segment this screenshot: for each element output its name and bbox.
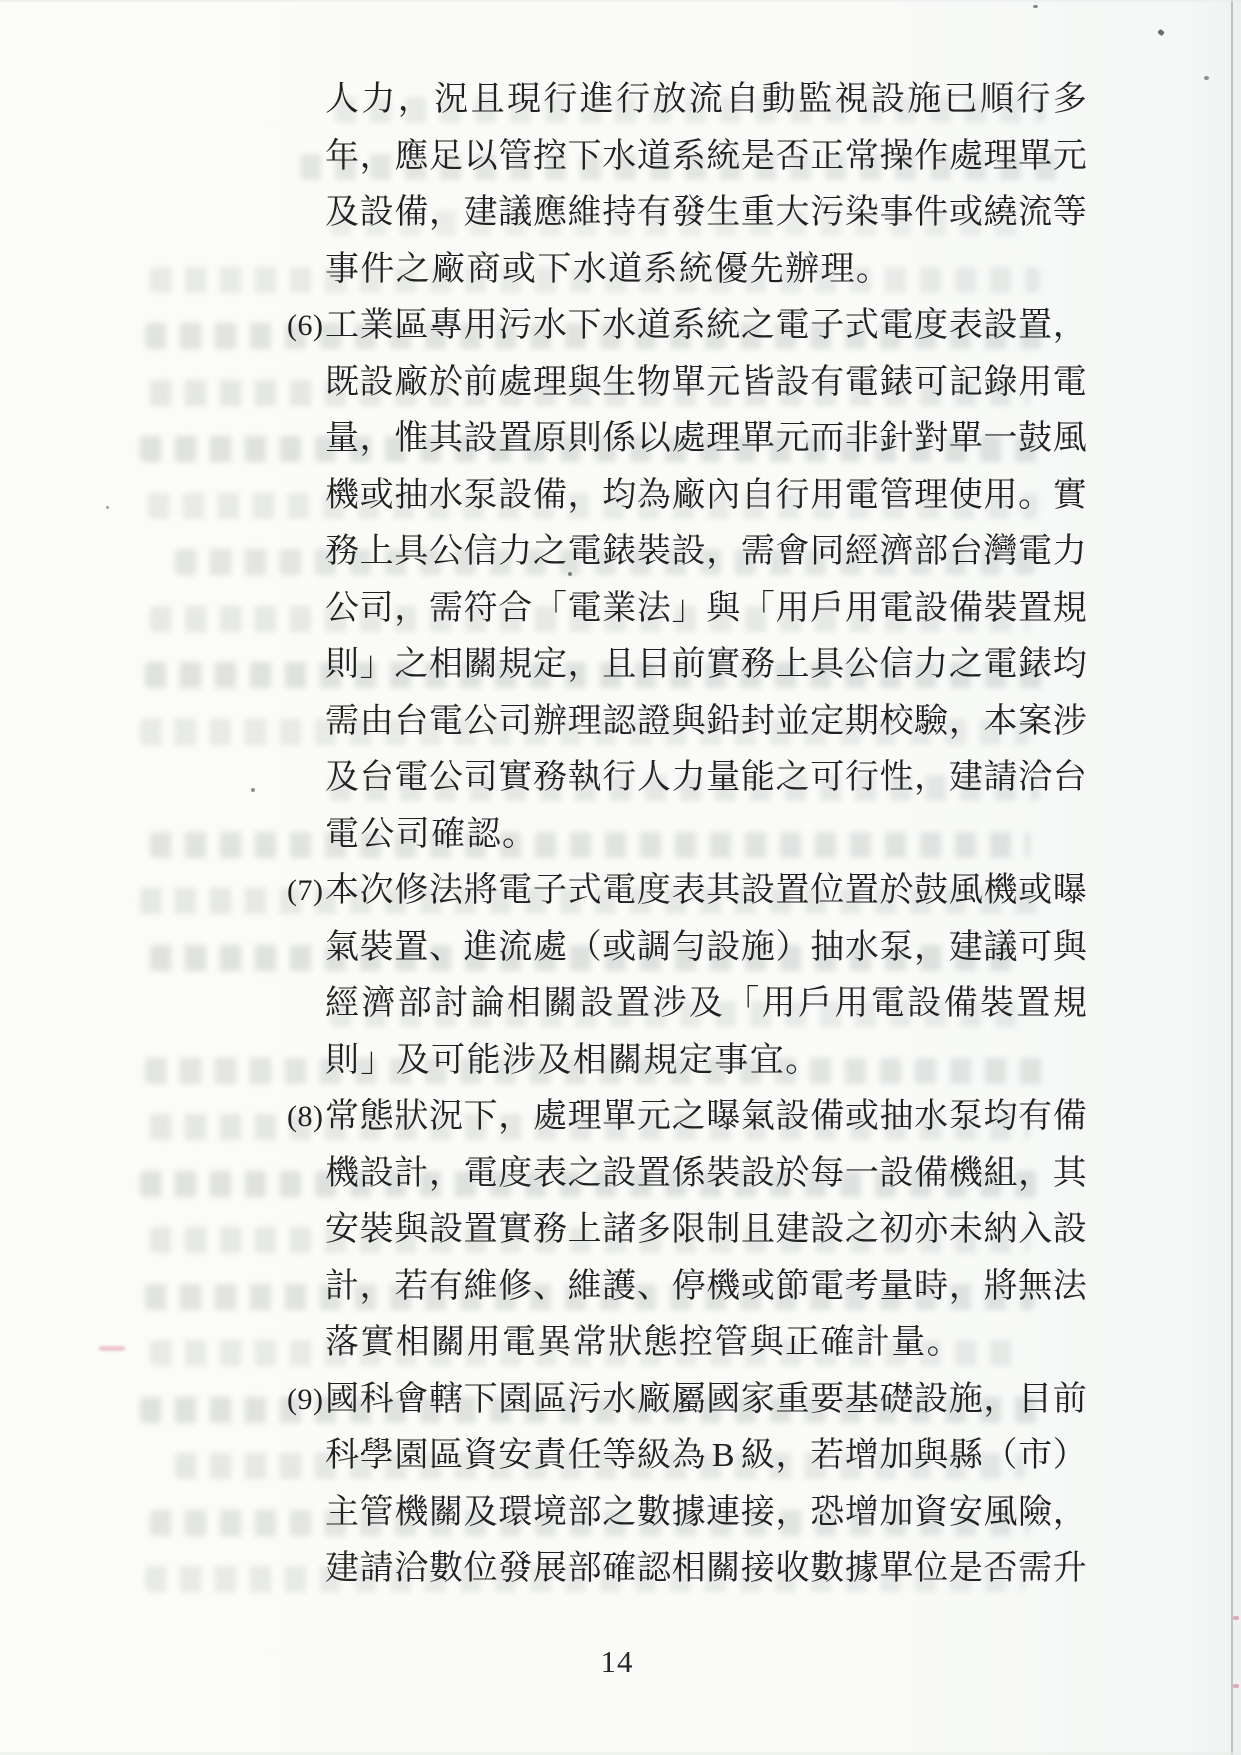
text-line: 量，惟其設置原則係以處理單元而非針對單一鼓風	[325, 411, 1087, 468]
text-line: 則」之相關規定，且目前實務上具公信力之電錶均	[325, 637, 1087, 694]
text-body: 人力，況且現行進行放流自動監視設施已順行多年，應足以管控下水道系統是否正常操作處…	[287, 72, 1087, 1598]
text-line: 則」及可能涉及相關規定事宜。	[325, 1033, 1087, 1090]
item-marker: (7)	[287, 863, 323, 920]
text-line: 工業區專用污水下水道系統之電子式電度表設置，	[325, 298, 1087, 355]
scan-speck-pink	[1233, 1684, 1239, 1688]
text-line: 主管機關及環境部之數據連接，恐增加資安風險，	[325, 1485, 1087, 1542]
text-line: 電公司確認。	[325, 807, 1087, 864]
text-line: 需由台電公司辦理認證與鉛封並定期校驗，本案涉	[325, 694, 1087, 751]
text-line: 計，若有維修、維護、停機或節電考量時，將無法	[325, 1259, 1087, 1316]
text-line: 氣裝置、進流處（或調勻設施）抽水泵，建議可與	[325, 920, 1087, 977]
scan-speck	[1033, 5, 1038, 8]
document-page: 人力，況且現行進行放流自動監視設施已順行多年，應足以管控下水道系統是否正常操作處…	[0, 0, 1241, 1755]
scan-speck-pink	[99, 1346, 125, 1351]
item-marker: (8)	[287, 1089, 323, 1146]
text-line: 人力，況且現行進行放流自動監視設施已順行多	[325, 72, 1087, 129]
scan-speck	[568, 572, 572, 576]
text-line: 國科會轄下園區污水廠屬國家重要基礎設施，目前	[325, 1372, 1087, 1429]
text-line: 年，應足以管控下水道系統是否正常操作處理單元	[325, 129, 1087, 186]
scan-speck	[106, 506, 109, 509]
text-line: 及台電公司實務執行人力量能之可行性，建請洽台	[325, 750, 1087, 807]
text-line: 建請洽數位發展部確認相關接收數據單位是否需升	[325, 1541, 1087, 1598]
scan-speck	[1204, 76, 1209, 80]
paragraph-block: (8)常態狀況下，處理單元之曝氣設備或抽水泵均有備機設計，電度表之設置係裝設於每…	[287, 1089, 1087, 1372]
text-line: 務上具公信力之電錶裝設，需會同經濟部台灣電力	[325, 524, 1087, 581]
text-line: 經濟部討論相關設置涉及「用戶用電設備裝置規	[325, 976, 1087, 1033]
item-marker: (9)	[287, 1372, 323, 1429]
item-marker: (6)	[287, 298, 323, 355]
scan-edge-band	[1233, 0, 1241, 1755]
text-line: 事件之廠商或下水道系統優先辦理。	[325, 242, 1087, 299]
text-line: 常態狀況下，處理單元之曝氣設備或抽水泵均有備	[325, 1089, 1087, 1146]
paragraph-block: (6)工業區專用污水下水道系統之電子式電度表設置，既設廠於前處理與生物單元皆設有…	[287, 298, 1087, 863]
text-line: 及設備，建議應維持有發生重大污染事件或繞流等	[325, 185, 1087, 242]
text-line: 落實相關用電異常狀態控管與正確計量。	[325, 1315, 1087, 1372]
paragraph-block: (9)國科會轄下園區污水廠屬國家重要基礎設施，目前科學園區資安責任等級為B級，若…	[287, 1372, 1087, 1598]
page-number: 14	[0, 1644, 1234, 1680]
text-line: 機或抽水泵設備，均為廠內自行用電管理使用。實	[325, 468, 1087, 525]
scan-speck	[251, 788, 255, 792]
text-line: 科學園區資安責任等級為B級，若增加與縣（市）	[325, 1428, 1087, 1485]
text-line: 安裝與設置實務上諸多限制且建設之初亦未納入設	[325, 1202, 1087, 1259]
paragraph-block: (7)本次修法將電子式電度表其設置位置於鼓風機或曝氣裝置、進流處（或調勻設施）抽…	[287, 863, 1087, 1089]
text-line: 公司，需符合「電業法」與「用戶用電設備裝置規	[325, 581, 1087, 638]
text-line: 本次修法將電子式電度表其設置位置於鼓風機或曝	[325, 863, 1087, 920]
paragraph-block: 人力，況且現行進行放流自動監視設施已順行多年，應足以管控下水道系統是否正常操作處…	[287, 72, 1087, 298]
scan-speck-pink	[1233, 1616, 1239, 1620]
text-line: 機設計，電度表之設置係裝設於每一設備機組，其	[325, 1146, 1087, 1203]
scan-edge-top	[0, 0, 1241, 2]
text-line: 既設廠於前處理與生物單元皆設有電錶可記錄用電	[325, 355, 1087, 412]
